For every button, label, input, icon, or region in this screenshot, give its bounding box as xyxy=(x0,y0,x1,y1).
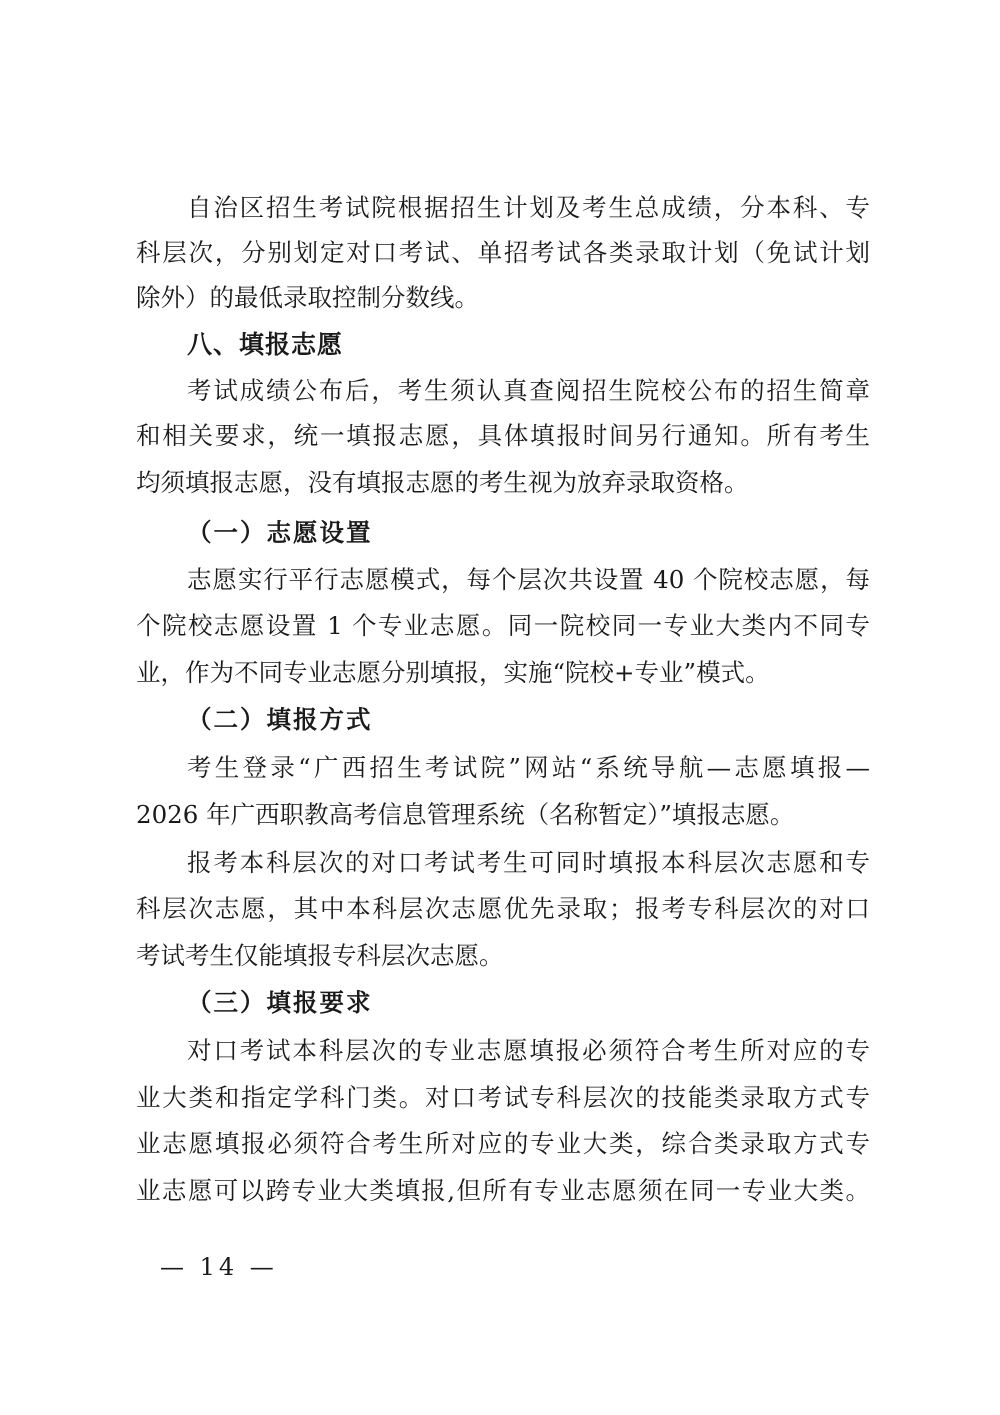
paragraph-line: 业大类和指定学科门类。对口考试专科层次的技能类录取方式专 xyxy=(136,1075,870,1120)
paragraph-line: 除外）的最低录取控制分数线。 xyxy=(136,275,870,320)
paragraph-line: 均须填报志愿，没有填报志愿的考生视为放弃录取资格。 xyxy=(136,460,870,505)
page-number: — 14 — xyxy=(160,1252,278,1282)
paragraph-line: 业，作为不同专业志愿分别填报，实施“院校+专业”模式。 xyxy=(136,650,870,695)
subsection-heading-2: （二）填报方式 xyxy=(187,697,373,742)
subsection-heading-1: （一）志愿设置 xyxy=(187,510,373,555)
paragraph-line: 志愿实行平行志愿模式，每个层次共设置 40 个院校志愿，每 xyxy=(187,557,870,602)
paragraph-line: 2026 年广西职教高考信息管理系统（名称暂定）”填报志愿。 xyxy=(136,792,870,837)
section-heading-8: 八、填报志愿 xyxy=(187,322,343,367)
paragraph-line: 考试考生仅能填报专科层次志愿。 xyxy=(136,933,870,978)
paragraph-line: 和相关要求，统一填报志愿，具体填报时间另行通知。所有考生 xyxy=(136,413,870,458)
paragraph-line: 报考本科层次的对口考试考生可同时填报本科层次志愿和专 xyxy=(187,840,870,885)
document-page: 自治区招生考试院根据招生计划及考生总成绩，分本科、专 科层次，分别划定对口考试、… xyxy=(0,0,1000,1415)
paragraph-line: 科层次志愿，其中本科层次志愿优先录取；报考专科层次的对口 xyxy=(136,886,870,931)
paragraph-line: 考试成绩公布后，考生须认真查阅招生院校公布的招生简章 xyxy=(187,368,870,413)
paragraph-line: 自治区招生考试院根据招生计划及考生总成绩，分本科、专 xyxy=(187,185,870,230)
paragraph-line: 业志愿填报必须符合考生所对应的专业大类，综合类录取方式专 xyxy=(136,1121,870,1166)
paragraph-line: 对口考试本科层次的专业志愿填报必须符合考生所对应的专 xyxy=(187,1028,870,1073)
paragraph-line: 业志愿可以跨专业大类填报,但所有专业志愿须在同一专业大类。 xyxy=(136,1168,870,1213)
paragraph-line: 考生登录“广西招生考试院”网站“系统导航—志愿填报— xyxy=(187,745,870,790)
paragraph-line: 个院校志愿设置 1 个专业志愿。同一院校同一专业大类内不同专 xyxy=(136,603,870,648)
subsection-heading-3: （三）填报要求 xyxy=(187,980,373,1025)
paragraph-line: 科层次，分别划定对口考试、单招考试各类录取计划（免试计划 xyxy=(136,230,870,275)
